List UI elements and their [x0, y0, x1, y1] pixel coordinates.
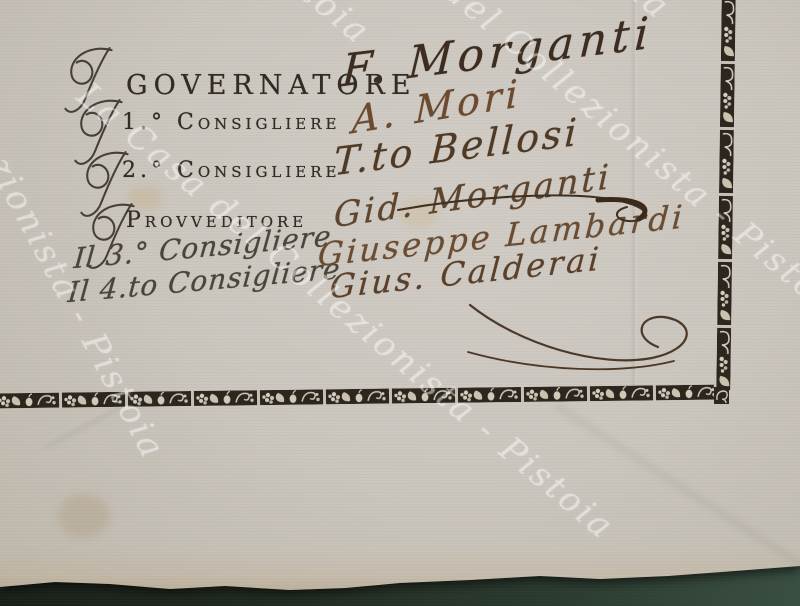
ornamental-border-corner: [714, 387, 729, 404]
role-title-2-consigliere: 2.° Consigliere: [122, 158, 341, 183]
role-title-1-consigliere: 1.° Consigliere: [122, 110, 341, 135]
paper-stain: [58, 494, 110, 538]
document-photo: Governatore 1.° Consigliere 2.° Consigli…: [0, 0, 800, 606]
